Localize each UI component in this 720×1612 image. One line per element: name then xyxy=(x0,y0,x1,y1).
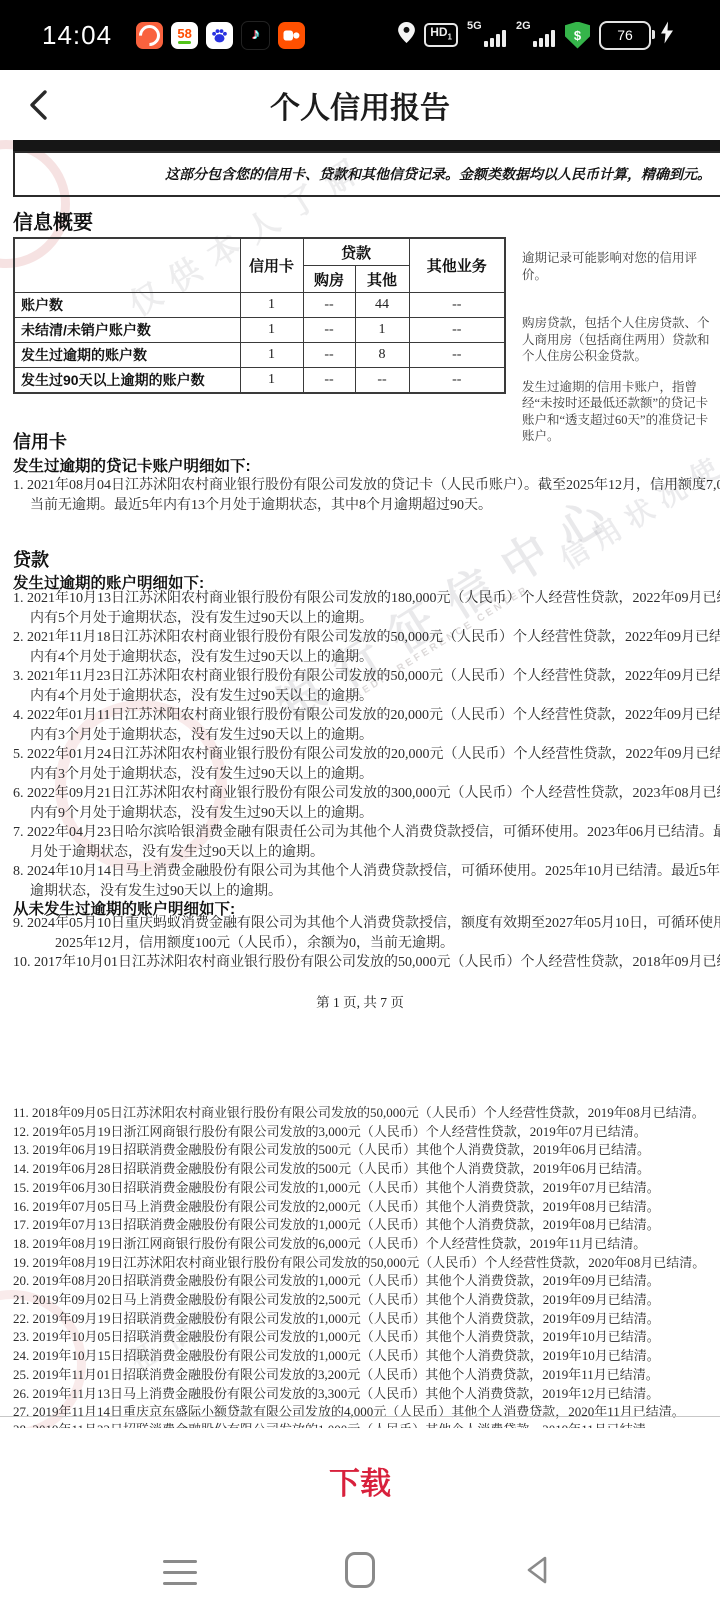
summary-table-row: 账户数 1 -- 44 -- xyxy=(14,293,505,318)
loan-record: 15. 2019年06月30日招联消费金融股份有限公司发放的1,000元（人民币… xyxy=(13,1179,720,1198)
loan-record: 20. 2019年08月20日招联消费金融股份有限公司发放的1,000元（人民币… xyxy=(13,1272,720,1291)
loan-record: 13. 2019年06月19日招联消费金融股份有限公司发放的500元（人民币）其… xyxy=(13,1141,720,1160)
cell-house-loan: -- xyxy=(303,368,355,394)
section-intro-box: 这部分包含您的信用卡、贷款和其他信贷记录。金额类数据均以人民币计算，精确到元。 xyxy=(13,151,720,197)
loan-record: 23. 2019年10月05日招联消费金融股份有限公司发放的1,000元（人民币… xyxy=(13,1328,720,1347)
table-notes: 逾期记录可能影响对您的信用评价。购房贷款，包括个人住房贷款、个人商用房（包括商住… xyxy=(522,250,714,445)
cell-other-loan: 8 xyxy=(355,343,409,368)
table-note: 逾期记录可能影响对您的信用评价。 xyxy=(522,250,714,283)
recents-menu-button[interactable] xyxy=(163,1560,197,1585)
summary-table-row: 发生过90天以上逾期的账户数 1 -- -- -- xyxy=(14,368,505,394)
loan-record: 7. 2022年04月23日哈尔滨哈银消费金融有限责任公司为其他个人消费贷款授信… xyxy=(13,823,720,862)
signal-5g-icon: 5G xyxy=(467,21,507,49)
summary-col-house: 购房 xyxy=(303,266,355,293)
loan-record: 27. 2019年11月14日重庆京东盛际小额贷款有限公司发放的4,000元（人… xyxy=(13,1403,720,1422)
row-label: 发生过逾期的账户数 xyxy=(14,343,240,368)
section-divider-bar xyxy=(13,140,720,151)
charging-bolt-icon xyxy=(660,21,674,49)
notification-icons: 58 ♪ xyxy=(136,21,305,50)
summary-table: 信用卡 贷款 其他业务 购房 其他 账户数 1 -- 44 -- xyxy=(13,237,506,394)
loan-record: 14. 2019年06月28日招联消费金融股份有限公司发放的500元（人民币）其… xyxy=(13,1160,720,1179)
loan-record: 10. 2017年10月01日江苏沭阳农村商业银行股份有限公司发放的50,000… xyxy=(13,953,720,973)
summary-col-credit-card: 信用卡 xyxy=(240,238,303,293)
loan-record: 4. 2022年01月11日江苏沭阳农村商业银行股份有限公司发放的20,000元… xyxy=(13,706,720,745)
summary-col-other: 其他 xyxy=(355,266,409,293)
58tongcheng-app-icon: 58 xyxy=(171,22,198,49)
loan-record: 16. 2019年07月05日马上消费金融股份有限公司发放的2,000元（人民币… xyxy=(13,1198,720,1217)
cell-house-loan: -- xyxy=(303,293,355,318)
cell-other-loan: -- xyxy=(355,368,409,394)
clipped-loan-record: 28. 2019年11月22日招联消费金融股份有限公司发放的1,000元（人民币… xyxy=(13,1421,720,1428)
loan-record: 21. 2019年09月02日马上消费金融股份有限公司发放的2,500元（人民币… xyxy=(13,1291,720,1310)
status-right-icons: HD1 5G 2G $ 76 xyxy=(398,21,674,50)
signal-2g-icon: 2G xyxy=(516,21,556,49)
summary-heading: 信息概要 xyxy=(13,206,93,235)
baidu-app-icon xyxy=(206,22,233,49)
app-header: 个人信用报告 xyxy=(0,70,720,140)
credit-card-heading: 信用卡 xyxy=(13,428,67,454)
location-icon xyxy=(398,22,415,48)
credit-report-document[interactable]: 仅供本人了解 银行征信中心 信用状况使用 征信中心 CREDIT REFEREN… xyxy=(0,140,720,1428)
loan-record: 12. 2019年05月19日浙江网商银行股份有限公司发放的3,000元（人民币… xyxy=(13,1123,720,1142)
cell-other-biz: -- xyxy=(409,318,505,343)
cell-other-biz: -- xyxy=(409,343,505,368)
page-number: 第 1 页, 共 7 页 xyxy=(0,991,720,1011)
page2-loan-records: 11. 2018年09月05日江苏沭阳农村商业银行股份有限公司发放的50,000… xyxy=(13,1104,720,1422)
battery-icon: 76 xyxy=(599,21,651,50)
credit-card-records: 1. 2021年08月04日江苏沭阳农村商业银行股份有限公司发放的贷记卡（人民币… xyxy=(13,476,720,515)
download-button[interactable]: 下载 xyxy=(0,1458,720,1503)
credit-card-subheading: 发生过逾期的贷记卡账户明细如下: xyxy=(13,454,251,476)
loan-record: 8. 2024年10月14日马上消费金融股份有限公司为其他个人消费贷款授信，可循… xyxy=(13,862,720,901)
loan-record: 9. 2024年05月10日重庆蚂蚁消费金融有限公司为其他个人消费贷款授信，额度… xyxy=(13,914,720,953)
page-title: 个人信用报告 xyxy=(0,83,720,127)
loan-record: 1. 2021年10月13日江苏沭阳农村商业银行股份有限公司发放的180,000… xyxy=(13,589,720,628)
loan-record: 6. 2022年09月21日江苏沭阳农村商业银行股份有限公司发放的300,000… xyxy=(13,784,720,823)
credit-card-record: 1. 2021年08月04日江苏沭阳农村商业银行股份有限公司发放的贷记卡（人民币… xyxy=(13,476,720,515)
cell-credit-card: 1 xyxy=(240,318,303,343)
security-shield-icon: $ xyxy=(565,22,590,49)
home-button[interactable] xyxy=(345,1552,375,1588)
cell-other-loan: 1 xyxy=(355,318,409,343)
loan-record: 26. 2019年11月13日马上消费金融股份有限公司发放的3,300元（人民币… xyxy=(13,1385,720,1404)
phone-screen: 14:04 58 ♪ HD1 5G 2G xyxy=(0,0,720,1612)
loan-record: 17. 2019年07月13日招联消费金融股份有限公司发放的1,000元（人民币… xyxy=(13,1216,720,1235)
summary-col-other-biz: 其他业务 xyxy=(409,238,505,293)
loan-overdue-records: 1. 2021年10月13日江苏沭阳农村商业银行股份有限公司发放的180,000… xyxy=(13,589,720,901)
didi-app-icon xyxy=(136,22,163,49)
cell-credit-card: 1 xyxy=(240,293,303,318)
cell-house-loan: -- xyxy=(303,343,355,368)
row-label: 未结清/未销户账户数 xyxy=(14,318,240,343)
douyin-app-icon: ♪ xyxy=(241,21,270,50)
summary-col-blank xyxy=(14,238,240,293)
hd-voice-icon: HD1 xyxy=(424,23,458,46)
loan-record: 5. 2022年01月24日江苏沭阳农村商业银行股份有限公司发放的20,000元… xyxy=(13,745,720,784)
loan-record: 3. 2021年11月23日江苏沭阳农村商业银行股份有限公司发放的50,000元… xyxy=(13,667,720,706)
loan-heading: 贷款 xyxy=(13,546,49,572)
table-note: 发生过逾期的信用卡账户，指曾经“未按时还最低还款额”的贷记卡账户和“透支超过60… xyxy=(522,379,714,445)
loan-record: 19. 2019年08月19日江苏沭阳农村商业银行股份有限公司发放的50,000… xyxy=(13,1254,720,1273)
summary-table-row: 发生过逾期的账户数 1 -- 8 -- xyxy=(14,343,505,368)
loan-record: 24. 2019年10月15日招联消费金融股份有限公司发放的1,000元（人民币… xyxy=(13,1347,720,1366)
nav-back-button[interactable] xyxy=(522,1554,550,1591)
android-nav-bar xyxy=(0,1540,720,1612)
cell-other-biz: -- xyxy=(409,368,505,394)
loan-record: 2. 2021年11月18日江苏沭阳农村商业银行股份有限公司发放的50,000元… xyxy=(13,628,720,667)
back-button[interactable] xyxy=(26,88,52,122)
status-time: 14:04 xyxy=(42,20,112,51)
loan-record: 18. 2019年08月19日浙江网商银行股份有限公司发放的6,000元（人民币… xyxy=(13,1235,720,1254)
loan-record: 25. 2019年11月01日招联消费金融股份有限公司发放的3,200元（人民币… xyxy=(13,1366,720,1385)
loan-record: 11. 2018年09月05日江苏沭阳农村商业银行股份有限公司发放的50,000… xyxy=(13,1104,720,1123)
cell-credit-card: 1 xyxy=(240,343,303,368)
row-label: 发生过90天以上逾期的账户数 xyxy=(14,368,240,394)
section-intro-text: 这部分包含您的信用卡、贷款和其他信贷记录。金额类数据均以人民币计算，精确到元。 xyxy=(15,164,711,184)
loan-never-overdue-records: 9. 2024年05月10日重庆蚂蚁消费金融有限公司为其他个人消费贷款授信，额度… xyxy=(13,914,720,973)
cell-house-loan: -- xyxy=(303,318,355,343)
loan-record: 22. 2019年09月19日招联消费金融股份有限公司发放的1,000元（人民币… xyxy=(13,1310,720,1329)
table-note: 购房贷款，包括个人住房贷款、个人商用房（包括商住两用）贷款和个人住房公积金贷款。 xyxy=(522,315,714,365)
summary-col-loan: 贷款 xyxy=(303,238,409,266)
row-label: 账户数 xyxy=(14,293,240,318)
kuaishou-app-icon xyxy=(278,22,305,49)
cell-other-biz: -- xyxy=(409,293,505,318)
summary-table-row: 未结清/未销户账户数 1 -- 1 -- xyxy=(14,318,505,343)
cell-credit-card: 1 xyxy=(240,368,303,394)
cell-other-loan: 44 xyxy=(355,293,409,318)
viewport-divider xyxy=(0,1416,720,1417)
status-bar: 14:04 58 ♪ HD1 5G 2G xyxy=(0,0,720,70)
